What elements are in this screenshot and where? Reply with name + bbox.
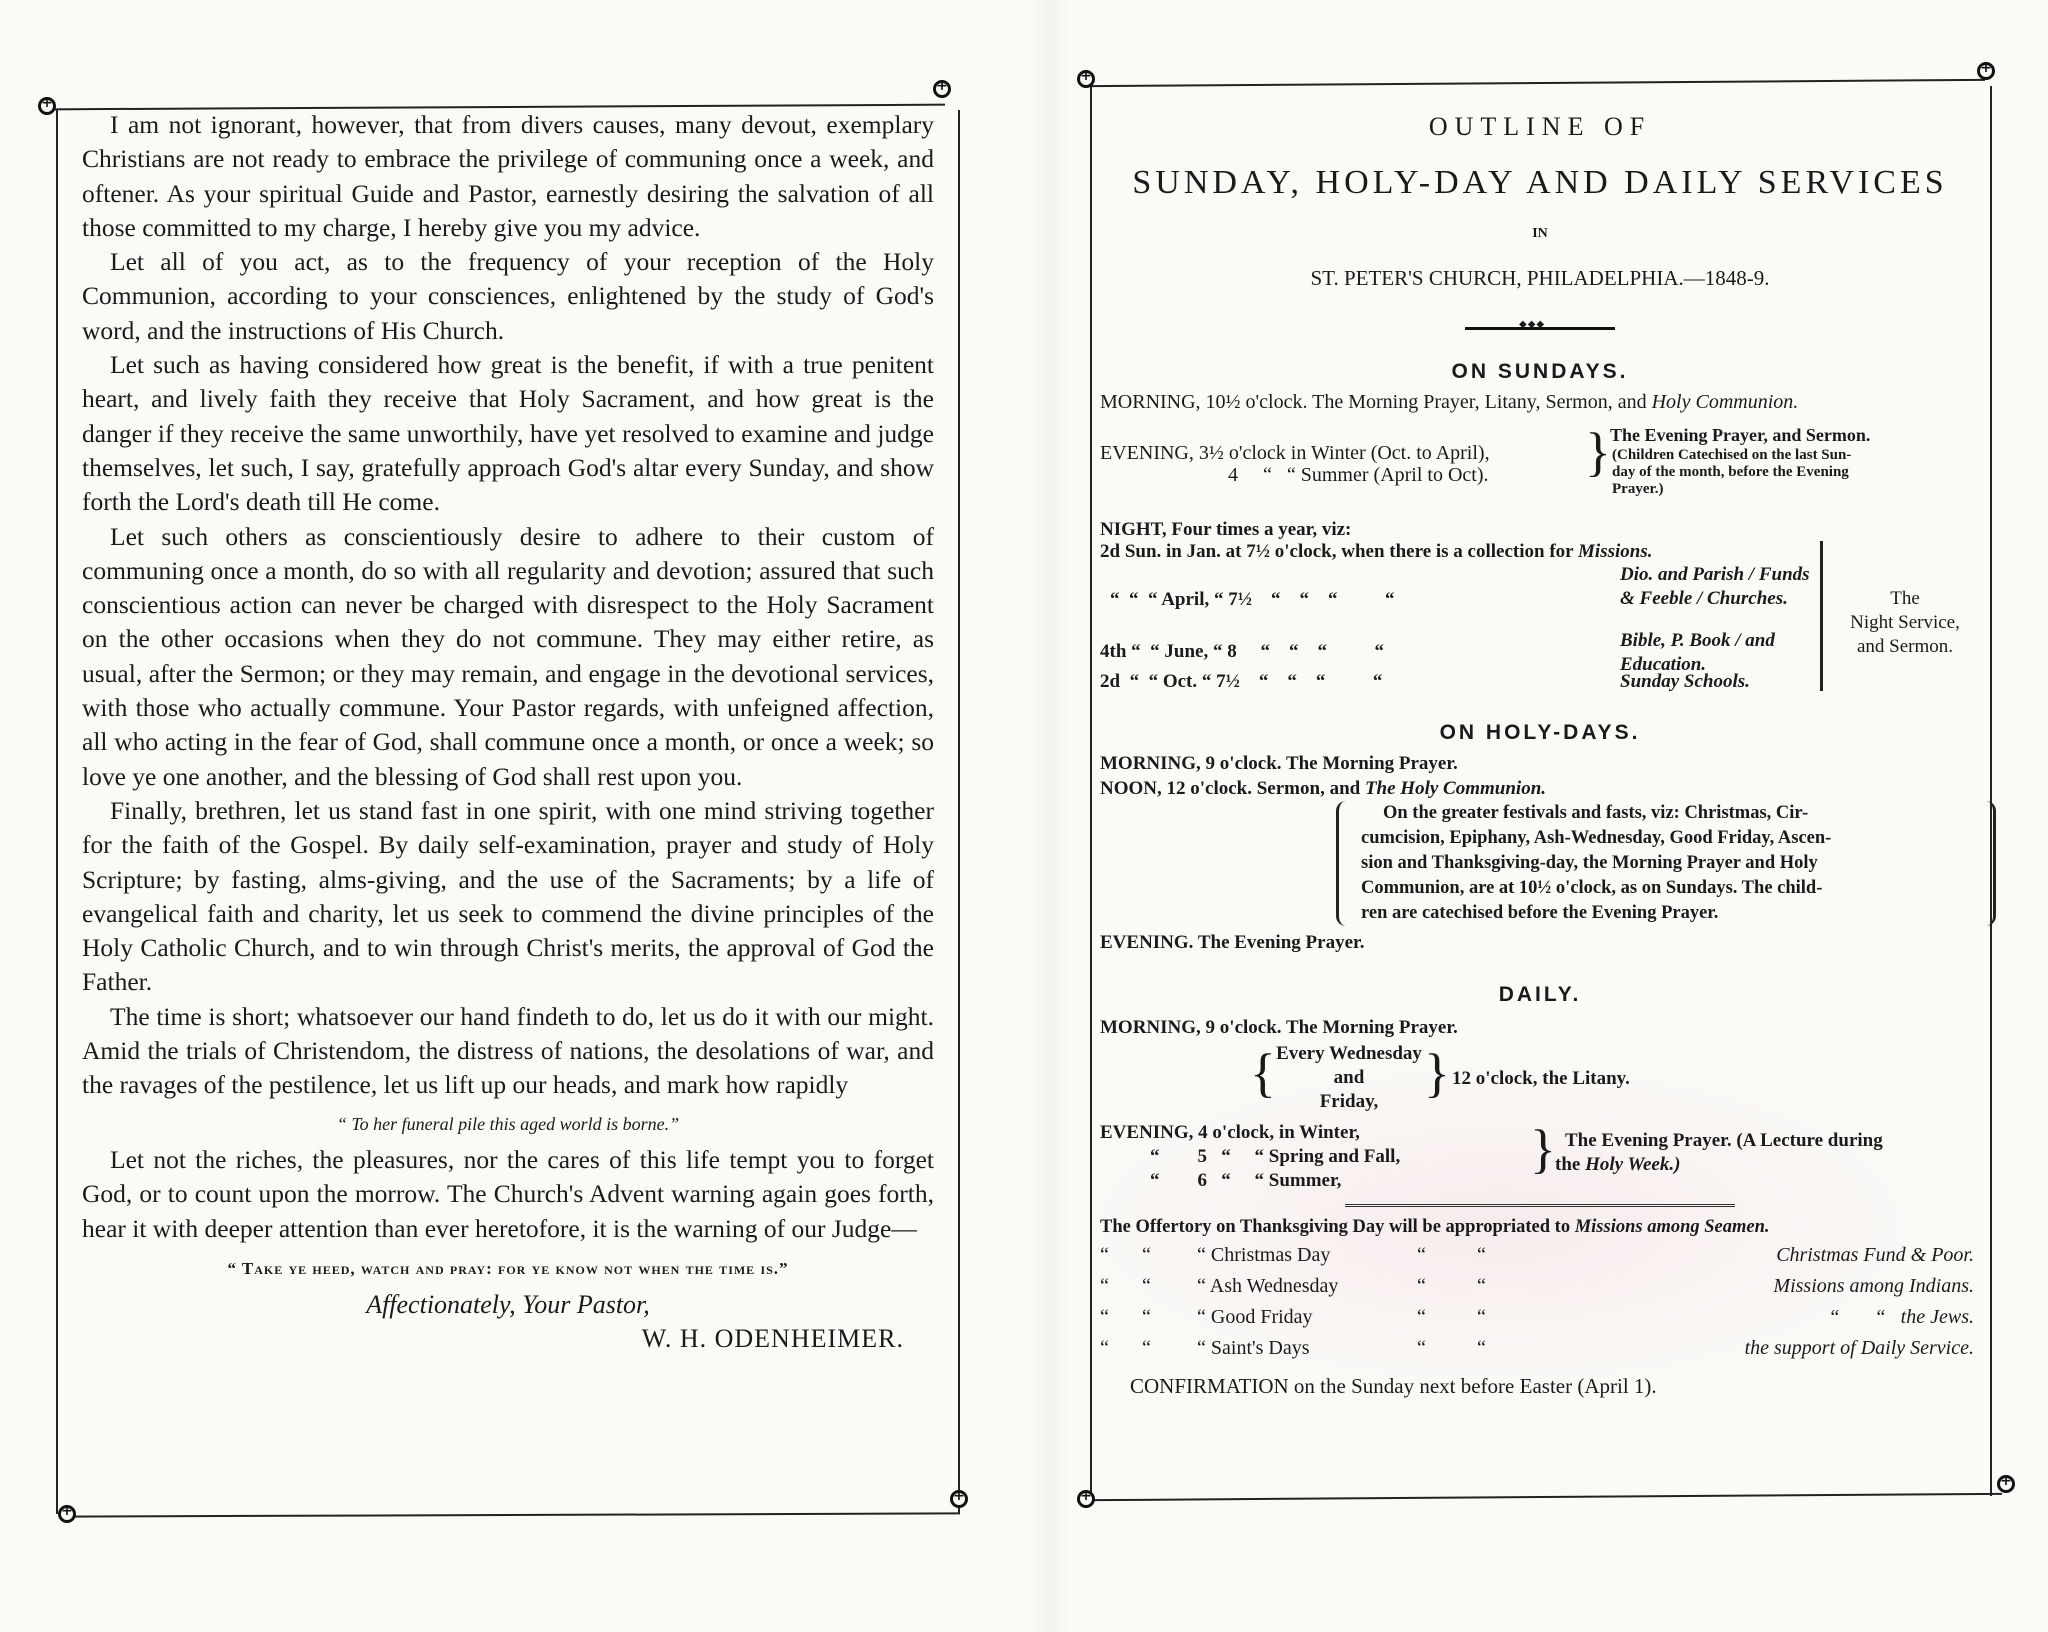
section-heading-daily: DAILY.: [1100, 983, 1980, 1007]
offertory-intro: The Offertory on Thanksgiving Day will b…: [1100, 1215, 1980, 1240]
salutation: Affectionately, Your Pastor,: [82, 1288, 934, 1322]
pastoral-letter-body: I am not ignorant, however, that from di…: [82, 108, 934, 1357]
title-main: SUNDAY, HOLY-DAY AND DAILY SERVICES: [1100, 164, 1980, 202]
title-church: ST. PETER'S CHURCH, PHILADELPHIA.—1848-9…: [1100, 266, 1980, 291]
poetic-quote: “ To her funeral pile this aged world is…: [82, 1107, 934, 1141]
signature: W. H. ODENHEIMER.: [82, 1322, 904, 1356]
sunday-night-services: NIGHT, Four times a year, viz: 2d Sun. i…: [1100, 517, 1980, 699]
night-row-january: 2d Sun. in Jan. at 7½ o'clock, when ther…: [1100, 539, 1652, 564]
scripture-motto: “ Take ye heed, watch and pray: for ye k…: [82, 1252, 934, 1286]
night-row-april: “ “ “ April, “ 7½ “ “ “ “: [1110, 587, 1394, 612]
offertory-row: ““ “ Saint's Days ““ the support of Dail…: [1100, 1333, 1980, 1364]
corner-ornament-icon: [1077, 1490, 1095, 1508]
holyday-morning: MORNING, 9 o'clock. The Morning Prayer.: [1100, 751, 1980, 776]
closing-paragraph: Let not the riches, the pleasures, nor t…: [82, 1143, 934, 1246]
title-in: IN: [1100, 226, 1980, 242]
corner-ornament-icon: [1997, 1475, 2015, 1493]
corner-ornament-icon: [950, 1490, 968, 1508]
corner-ornament-icon: [1077, 70, 1095, 88]
night-service-summary: The Night Service, and Sermon.: [1840, 587, 1970, 659]
paragraph: Finally, brethren, let us stand fast in …: [82, 794, 934, 1000]
offertory-row: ““ “ Ash Wednesday ““ Missions among Ind…: [1100, 1271, 1980, 1302]
night-row-october: 2d “ “ Oct. “ 7½ “ “ “ “: [1100, 669, 1382, 694]
sunday-morning: MORNING, 10½ o'clock. The Morning Prayer…: [1100, 390, 1980, 415]
night-purpose-april: Dio. and Parish / Funds & Feeble / Churc…: [1620, 563, 1820, 611]
right-brace-icon: }: [1530, 1122, 1556, 1176]
paragraph: Let all of you act, as to the frequency …: [82, 245, 934, 348]
right-brace-icon: }: [1585, 425, 1611, 479]
corner-ornament-icon: [1977, 62, 1995, 80]
service-schedule: OUTLINE OF SUNDAY, HOLY-DAY AND DAILY SE…: [1100, 100, 1980, 1399]
ornamental-divider-icon: [1465, 327, 1615, 330]
confirmation-notice: CONFIRMATION on the Sunday next before E…: [1130, 1374, 1980, 1399]
sunday-evening: EVENING, 3½ o'clock in Winter (Oct. to A…: [1100, 423, 1980, 499]
night-row-june: 4th “ “ June, “ 8 “ “ “ “: [1100, 639, 1384, 664]
corner-ornament-icon: [933, 80, 951, 98]
paragraph: Let such others as conscientiously desir…: [82, 520, 934, 794]
corner-ornament-icon: [38, 97, 56, 115]
paragraph: The time is short; whatsoever our hand f…: [82, 1000, 934, 1103]
daily-litany: { Every Wednesday and Friday, } 12 o'clo…: [1100, 1040, 1980, 1118]
holyday-evening: EVENING. The Evening Prayer.: [1100, 930, 1980, 955]
night-purpose-october: Sunday Schools.: [1620, 669, 1750, 694]
daily-evening: EVENING, 4 o'clock, in Winter, “ 5 “ “ S…: [1100, 1118, 1980, 1196]
holyday-festival-note: On the greater festivals and fasts, viz:…: [1336, 801, 1996, 926]
corner-ornament-icon: [58, 1505, 76, 1523]
wavy-divider: [1345, 1202, 1735, 1207]
offertory-row: ““ “ Christmas Day ““ Christmas Fund & P…: [1100, 1240, 1980, 1271]
offertory-row: ““ “ Good Friday ““ “ “ the Jews.: [1100, 1302, 1980, 1333]
left-brace-icon: {: [1250, 1046, 1276, 1100]
right-brace-icon: }: [1424, 1046, 1450, 1100]
section-heading-holy-days: ON HOLY-DAYS.: [1100, 721, 1980, 745]
holyday-noon: NOON, 12 o'clock. Sermon, and The Holy C…: [1100, 776, 1980, 801]
daily-morning: MORNING, 9 o'clock. The Morning Prayer.: [1100, 1015, 1980, 1040]
title-outline-of: OUTLINE OF: [1100, 112, 1980, 142]
paragraph: I am not ignorant, however, that from di…: [82, 108, 934, 245]
paragraph: Let such as having considered how great …: [82, 348, 934, 519]
section-heading-sundays: ON SUNDAYS.: [1100, 360, 1980, 384]
bracket-line: [1820, 541, 1823, 691]
